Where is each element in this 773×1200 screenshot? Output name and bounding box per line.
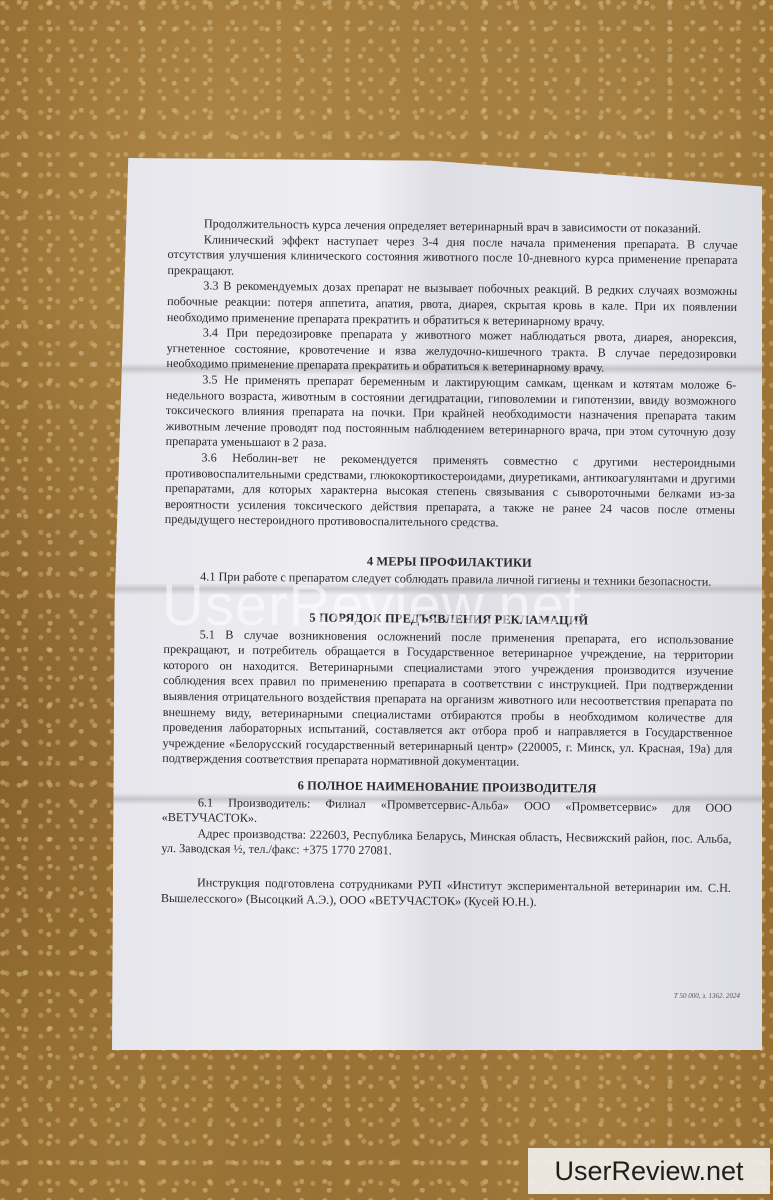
paragraph-3-3: 3.3 В рекомендуемых дозах препарат не вы… <box>167 278 737 331</box>
paragraph-clinical-effect: Клинический эффект наступает через 3-4 д… <box>167 232 737 285</box>
leaflet-text: Продолжительность курса лечения определя… <box>161 216 738 912</box>
print-run-info: Т 50 000, з. 1362. 2024 <box>674 992 740 1000</box>
paragraph-3-4: 3.4 При передозировке препарата у животн… <box>166 325 736 378</box>
instruction-leaflet: Продолжительность курса лечения определя… <box>112 158 762 1050</box>
site-watermark-badge: UserReview.net <box>528 1148 770 1194</box>
paragraph-prepared-by: Инструкция подготовлена сотрудниками РУП… <box>161 875 731 912</box>
paragraph-address: Адрес производства: 222603, Республика Б… <box>161 826 731 863</box>
paragraph-3-6: 3.6 Неболин-вет не рекомендуется применя… <box>165 450 736 534</box>
paragraph-3-5: 3.5 Не применять препарат беременным и л… <box>166 372 737 456</box>
site-watermark-text: UserReview.net <box>554 1156 743 1187</box>
paragraph-5-1: 5.1 В случае возникновения осложнений по… <box>162 627 733 773</box>
